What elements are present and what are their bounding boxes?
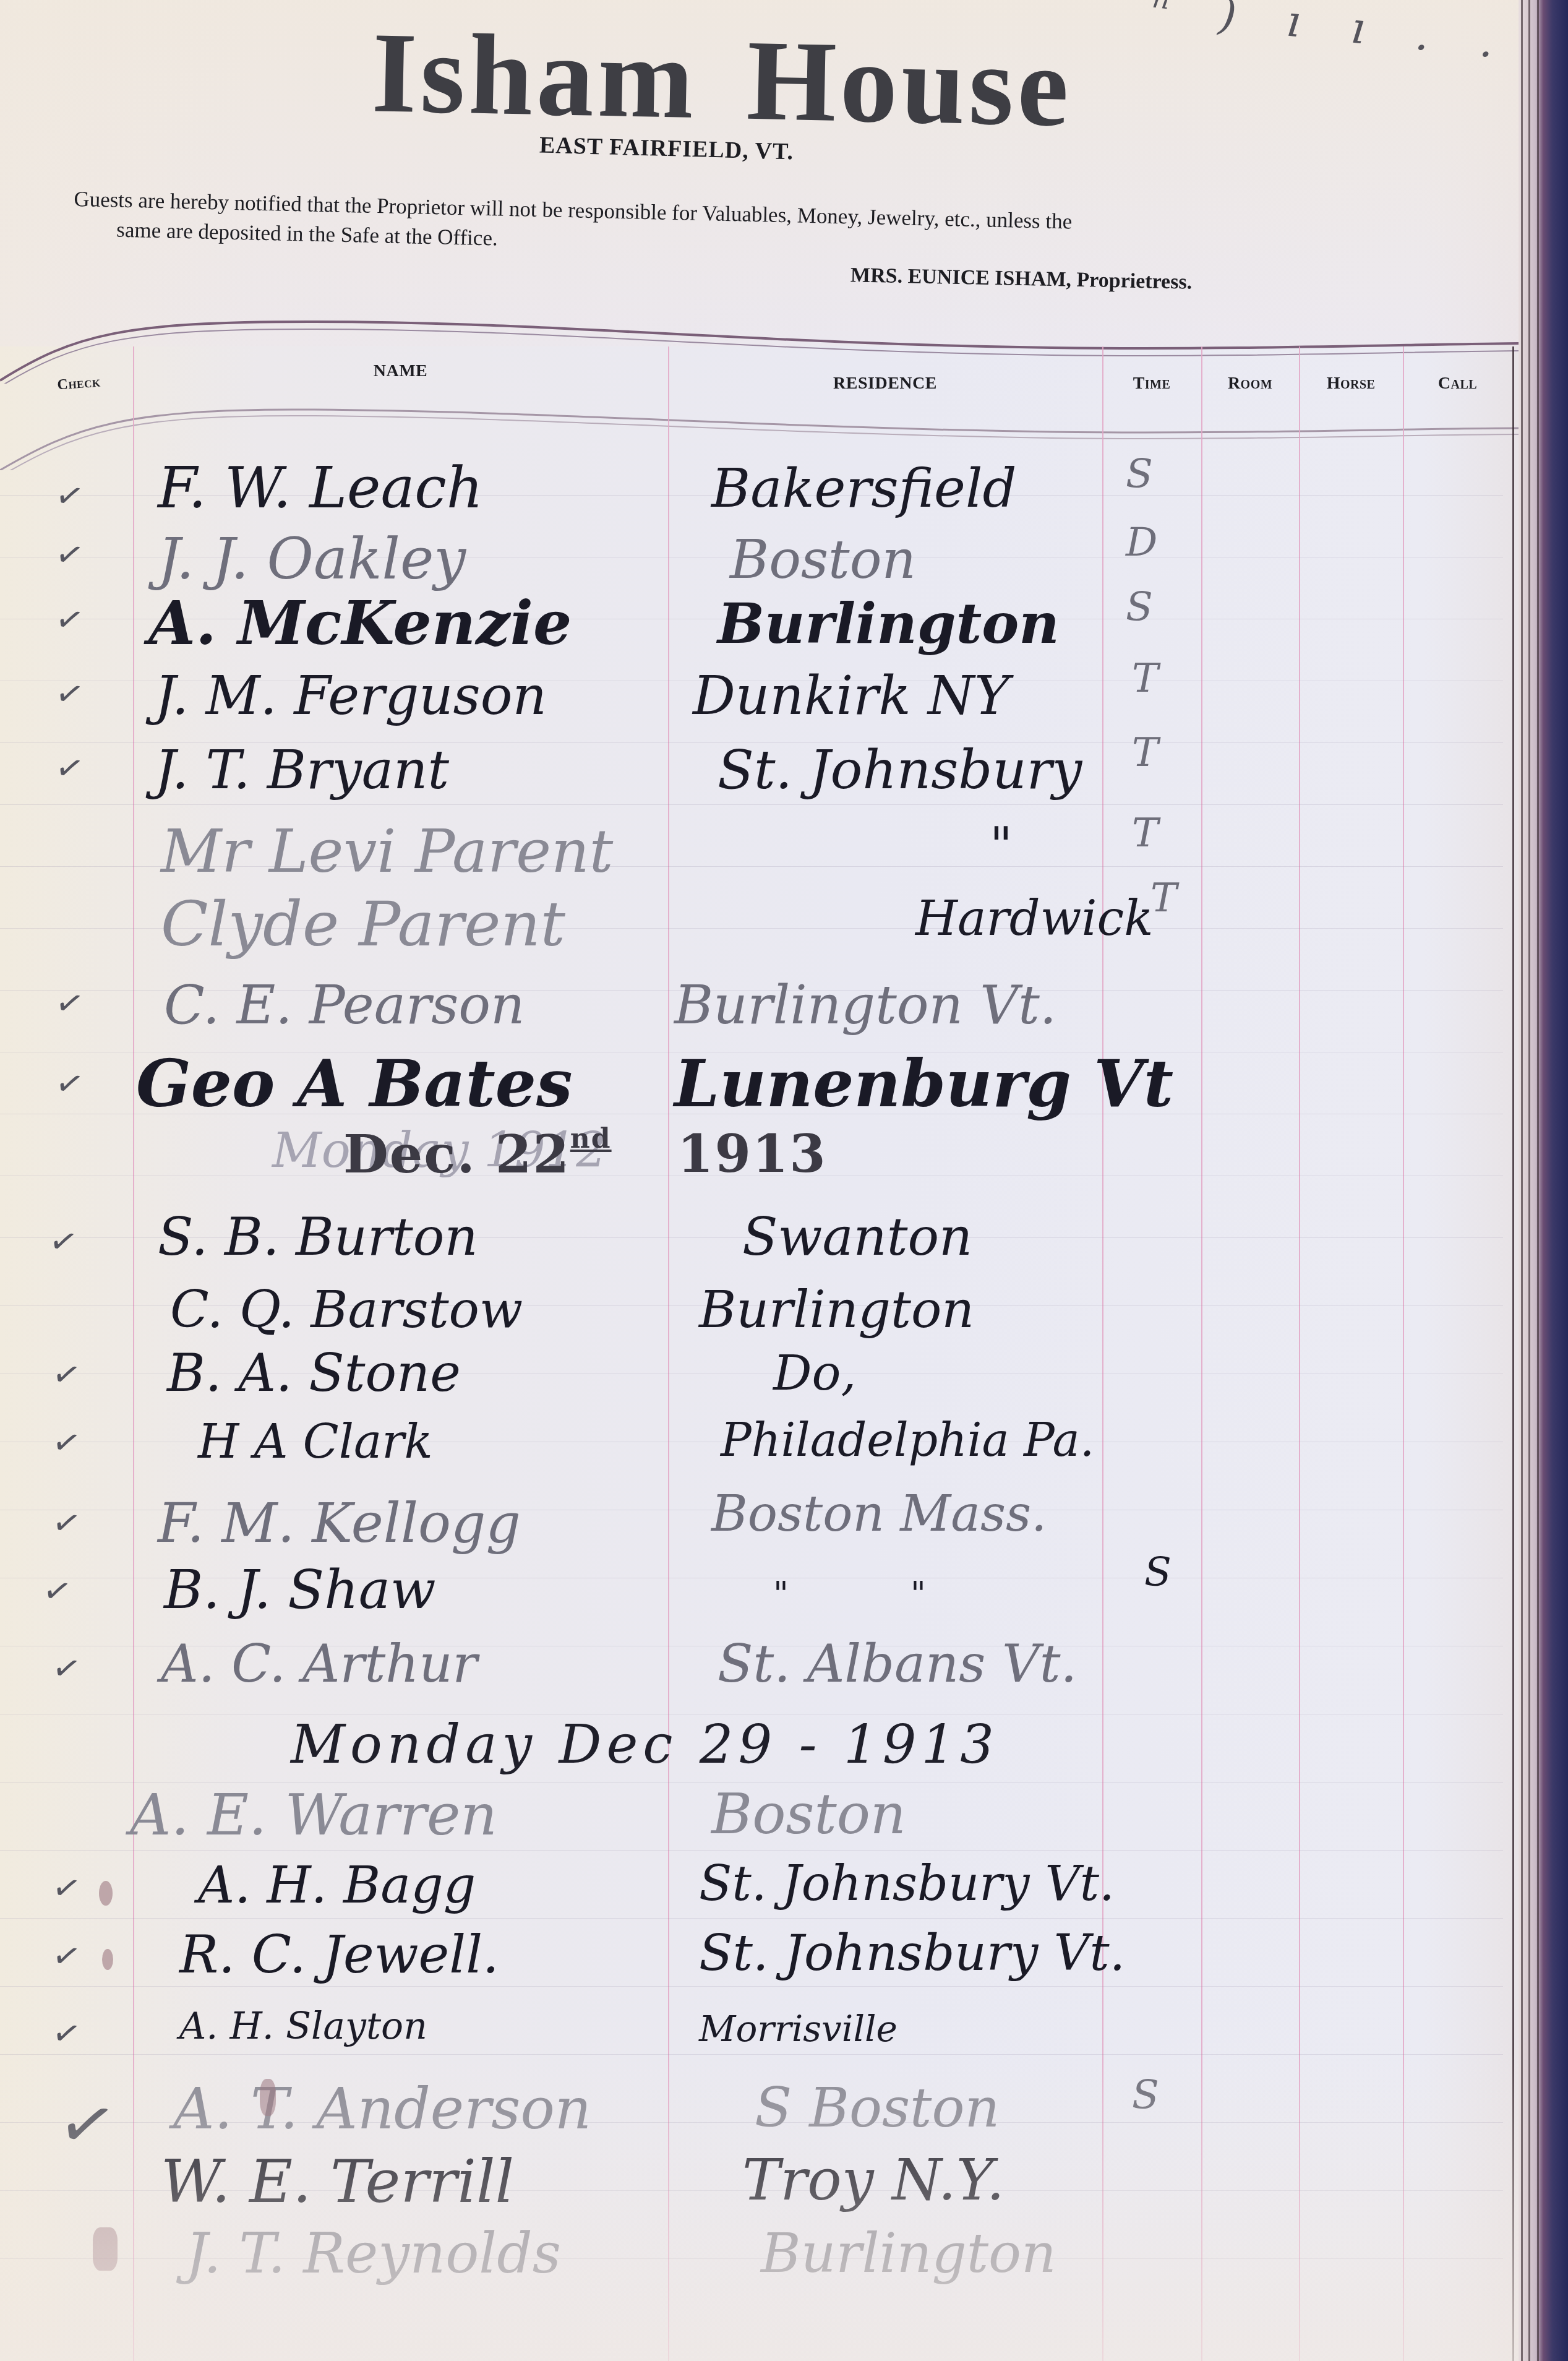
col-header-time: Time <box>1102 346 1201 421</box>
guest-residence: Lunenburg Vt <box>674 1046 1173 1122</box>
guest-residence: Burlington <box>718 591 1060 656</box>
time-mark: T <box>1132 730 1159 776</box>
guest-name: A. H. Bagg <box>198 1856 476 1915</box>
ink-stain <box>99 1881 113 1906</box>
guest-residence: Morrisville <box>699 2008 898 2050</box>
col-header-room: Room <box>1201 346 1299 421</box>
guest-name: A. H. Slayton <box>179 2005 427 2048</box>
guest-name: Mr Levi Parent <box>161 817 613 886</box>
check-mark: ✓ <box>51 2080 124 2169</box>
check-mark: ✓ <box>52 533 87 577</box>
guest-residence: Do, <box>773 1346 856 1401</box>
guest-residence: Swanton <box>742 1206 972 1267</box>
guest-residence: S Boston <box>755 2076 1000 2140</box>
check-mark: ✓ <box>49 1934 84 1978</box>
check-mark: ✓ <box>49 1421 84 1464</box>
guest-residence: Hardwick <box>915 891 1153 947</box>
time-mark: S <box>1132 2073 1159 2118</box>
ink-stain <box>260 2079 276 2116</box>
guest-name: B. J. Shaw <box>164 1559 436 1621</box>
guest-residence: Philadelphia Pa. <box>721 1414 1094 1467</box>
check-mark: ✓ <box>49 1866 84 1910</box>
guest-name: C. Q. Barstow <box>170 1281 523 1340</box>
guest-residence: " " <box>773 1575 982 1614</box>
guest-name: W. E. Terrill <box>161 2147 514 2216</box>
time-mark: S <box>1126 452 1153 497</box>
col-divider-residence <box>1102 346 1103 2361</box>
stamp-month: Dec. <box>343 1124 476 1185</box>
stamp-day: 22 <box>495 1124 570 1185</box>
col-header-horse: Horse <box>1299 346 1403 421</box>
time-mark: S <box>1126 585 1153 630</box>
check-mark: ✓ <box>52 474 87 518</box>
proprietress: MRS. EUNICE ISHAM, Proprietress. <box>850 264 1193 295</box>
time-mark: S <box>1144 1550 1172 1596</box>
guest-name: F. M. Kellogg <box>158 1491 521 1555</box>
page-edge <box>1512 346 1514 2361</box>
guest-name: Geo A Bates <box>136 1046 573 1122</box>
guest-residence: Dunkirk NY <box>693 665 1009 727</box>
valuables-notice: Guests are hereby notified that the Prop… <box>73 184 1423 274</box>
guest-name: F. W. Leach <box>158 455 483 521</box>
guest-residence: St. Albans Vt. <box>718 1633 1077 1694</box>
guest-name: A. McKenzie <box>148 588 572 659</box>
ink-stain <box>102 1949 113 1970</box>
col-header-name: NAME <box>133 334 668 408</box>
title-word-house: House <box>745 17 1073 151</box>
guest-residence: Bakersfield <box>711 458 1017 520</box>
guest-residence: St. Johnsbury Vt. <box>699 1924 1125 1982</box>
check-mark: ✓ <box>49 2011 84 2055</box>
check-mark: ✓ <box>52 598 87 642</box>
guest-residence: Burlington Vt. <box>674 974 1056 1036</box>
stamp-suffix: nd <box>570 1123 612 1155</box>
col-header-residence: RESIDENCE <box>668 346 1102 421</box>
guest-residence: Troy N.Y. <box>742 2147 1005 2213</box>
time-mark: D <box>1126 520 1157 566</box>
time-mark: T <box>1150 875 1177 921</box>
date-stamp: Dec. 22nd <box>343 1123 612 1185</box>
guest-residence: Burlington <box>761 2221 1056 2285</box>
check-mark: ✓ <box>46 1219 81 1263</box>
stamp-year: 1913 <box>677 1123 827 1184</box>
book-binding <box>1519 0 1568 2361</box>
guest-name: A. C. Arthur <box>161 1633 478 1694</box>
col-divider-time <box>1201 346 1202 2361</box>
time-mark: T <box>1132 811 1159 856</box>
date-divider-dec-29: Monday Dec 29 - 1913 <box>291 1714 999 1776</box>
col-divider-name <box>668 346 669 2361</box>
col-header-call: Call <box>1403 346 1512 421</box>
check-mark: ✓ <box>52 672 87 716</box>
guest-name: Clyde Parent <box>161 888 565 960</box>
check-mark: ✓ <box>52 746 87 790</box>
guest-residence: Boston <box>730 529 916 591</box>
guest-residence: St. Johnsbury <box>718 739 1082 801</box>
guest-residence: Boston Mass. <box>711 1485 1047 1542</box>
col-divider-horse <box>1403 346 1404 2361</box>
guest-name: J. T. Reynolds <box>186 2221 561 2286</box>
guest-name: A. E. Warren <box>130 1782 497 1848</box>
guest-name: B. A. Stone <box>167 1343 461 1403</box>
guest-name: J. J. Oakley <box>158 526 466 592</box>
check-mark: ✓ <box>49 1353 84 1396</box>
register-page: ⁿ ) ı ı . . IshamHouse EAST FAIRFIELD, V… <box>0 0 1519 2361</box>
ink-stain <box>93 2227 118 2271</box>
guest-name: A. T. Anderson <box>173 2076 591 2142</box>
guest-residence: St. Johnsbury Vt. <box>699 1856 1115 1912</box>
guest-name: J. T. Bryant <box>155 739 449 801</box>
col-divider-room <box>1299 346 1300 2361</box>
check-mark: ✓ <box>49 1501 84 1545</box>
guest-residence: " <box>990 817 1013 874</box>
guest-name: R. C. Jewell. <box>179 1924 499 1985</box>
col-divider-check <box>133 346 134 2361</box>
check-mark: ✓ <box>40 1569 75 1613</box>
col-header-check: Check <box>22 343 135 424</box>
guest-name: C. E. Pearson <box>164 974 525 1036</box>
title-word-isham: Isham <box>371 9 698 143</box>
guest-name: H A Clark <box>198 1414 433 1469</box>
guest-residence: Boston <box>711 1782 906 1847</box>
guest-name: S. B. Burton <box>158 1206 478 1267</box>
check-mark: ✓ <box>52 981 87 1025</box>
guest-residence: Burlington <box>699 1281 974 1340</box>
check-mark: ✓ <box>49 1646 84 1690</box>
guest-name: J. M. Ferguson <box>155 665 547 727</box>
time-mark: T <box>1132 656 1159 702</box>
check-mark: ✓ <box>52 1062 87 1106</box>
